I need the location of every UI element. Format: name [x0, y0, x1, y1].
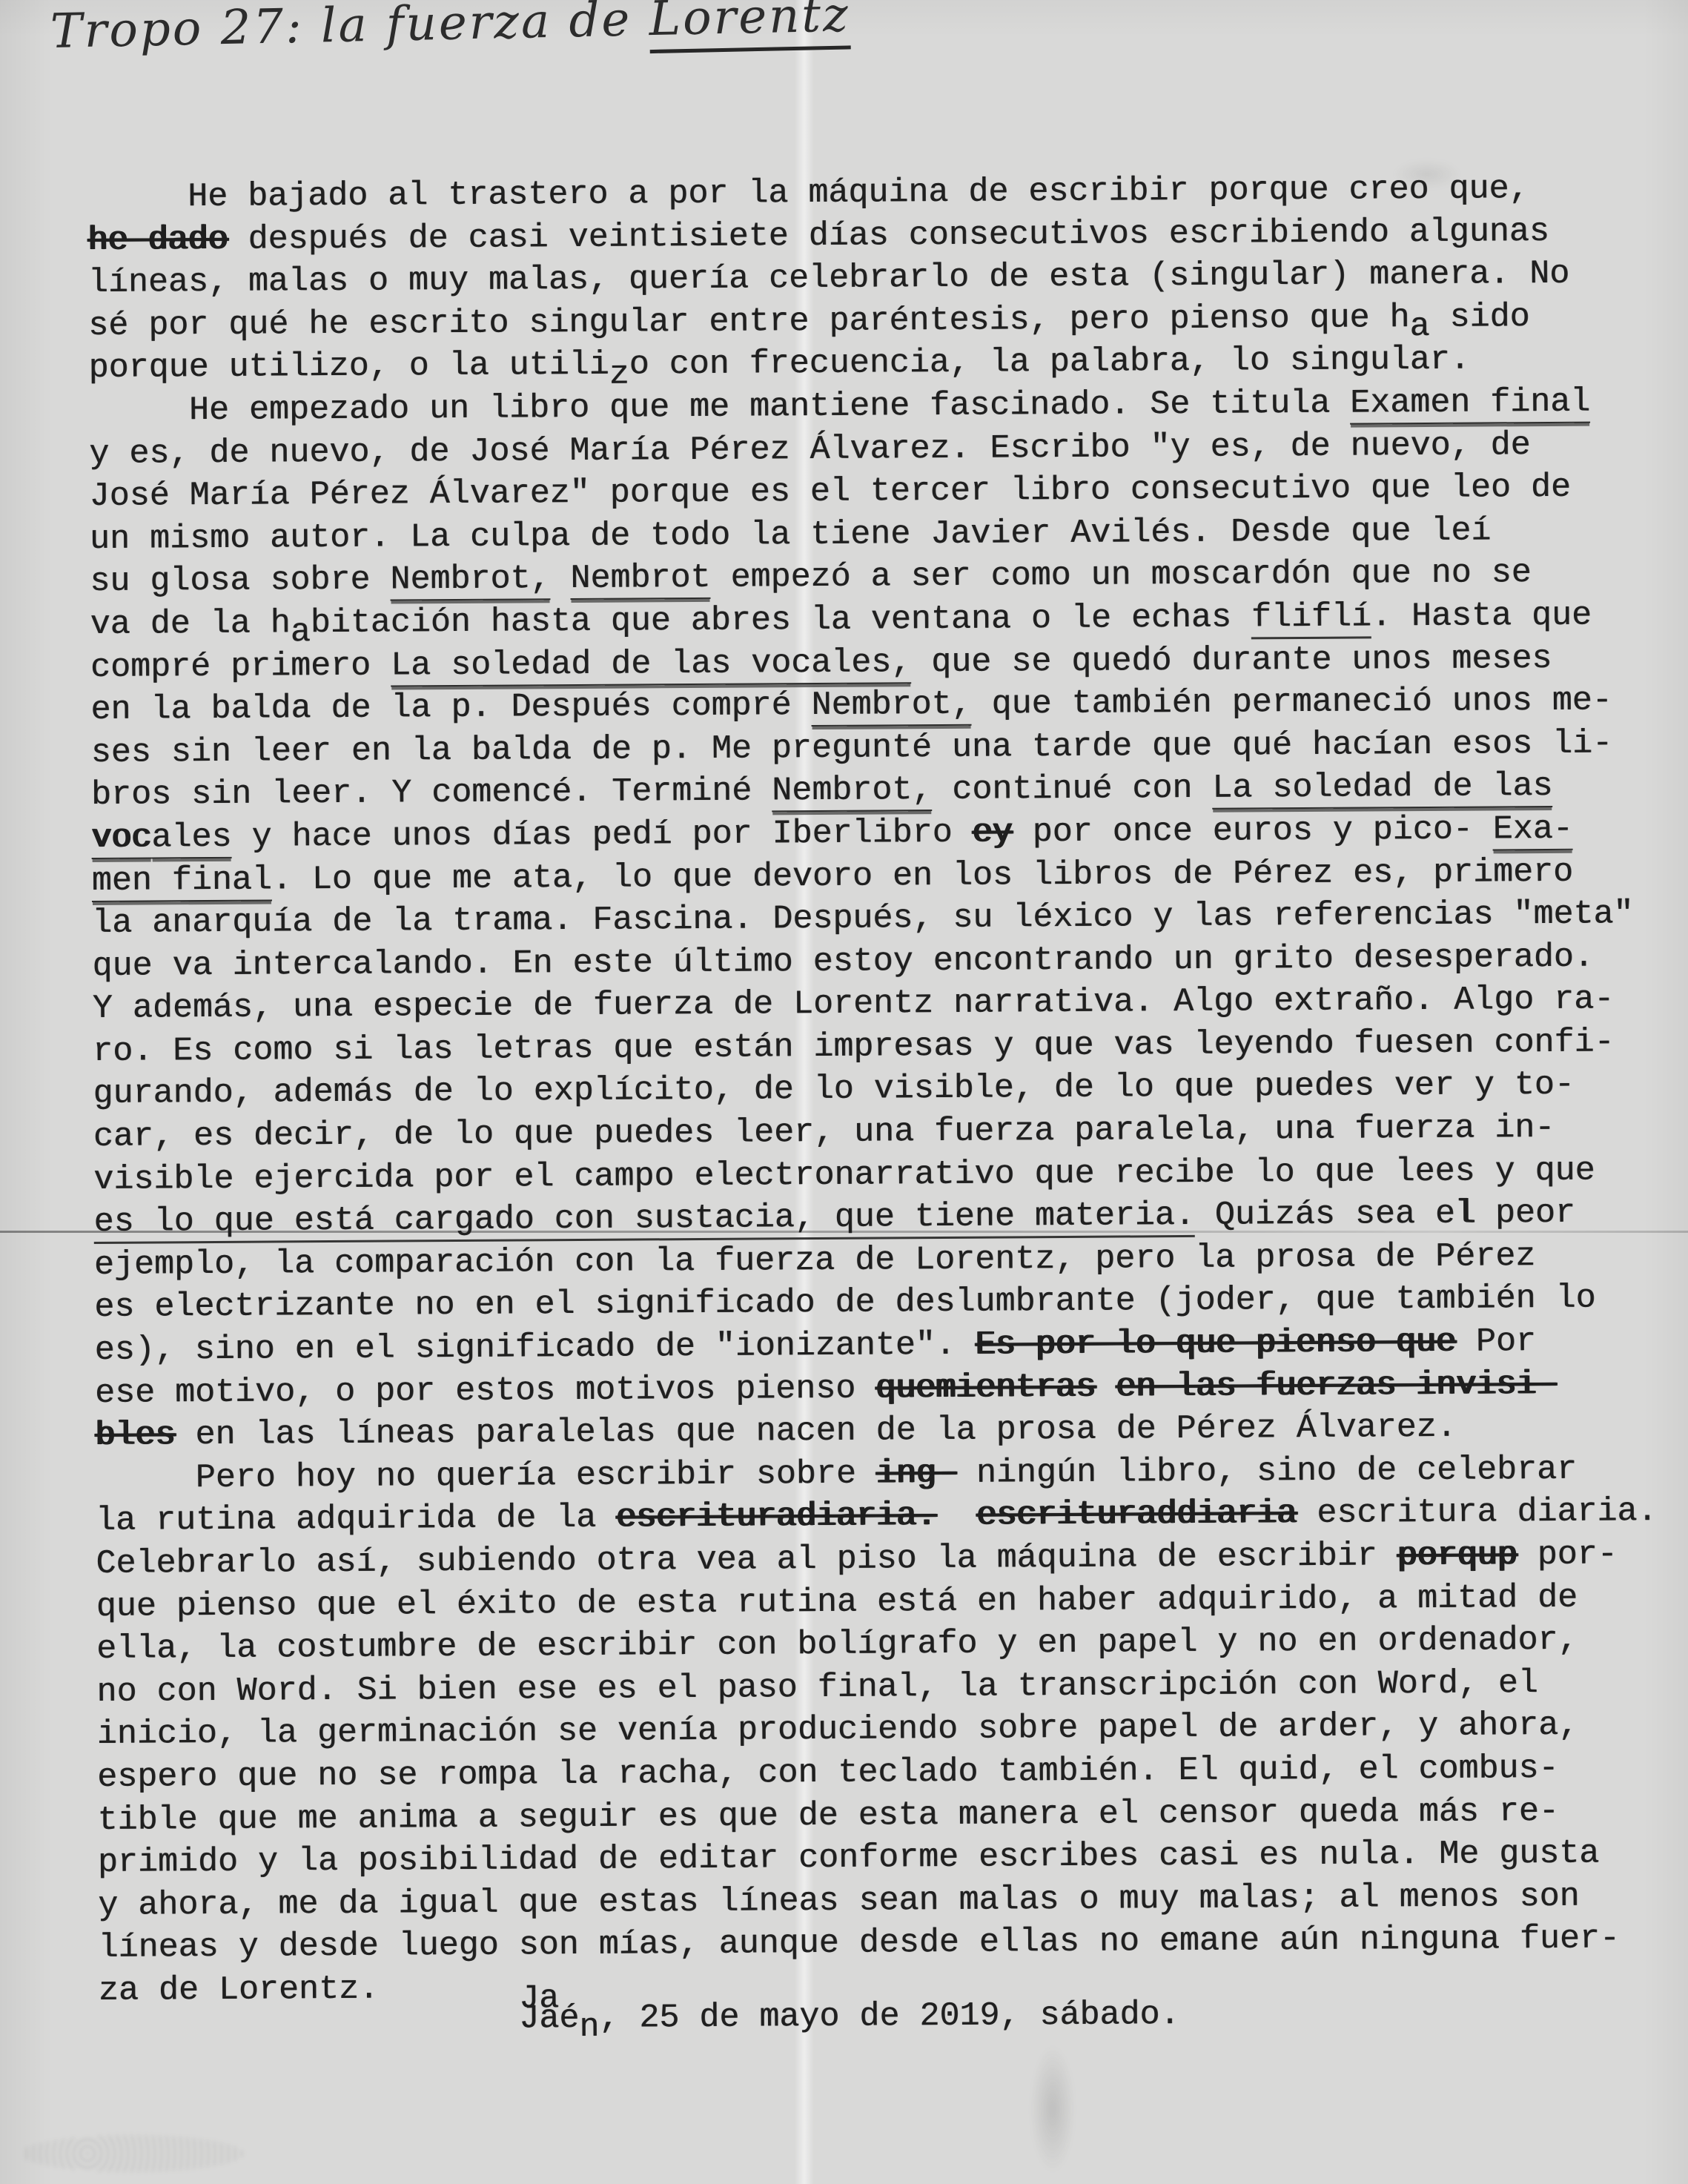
text-segment: es lo que está cargado con sustacia, que… [93, 1197, 1195, 1244]
text-segment: a [1409, 308, 1429, 345]
text-segment: después de casi veintisiete días consecu… [228, 213, 1549, 259]
text-segment: car, es decir, de lo que puedes leer, un… [93, 1109, 1555, 1156]
text-segment: escrituradiaria. [616, 1497, 936, 1537]
text-segment: Nembrot [570, 559, 710, 600]
text-segment: , 25 de mayo de 2019, sábado. [599, 1996, 1179, 2037]
text-segment: José María Pérez Álvarez" porque es el t… [89, 469, 1571, 515]
text-segment: gurando, además de lo explícito, de lo v… [93, 1066, 1575, 1113]
text-segment: va de la h [90, 604, 291, 643]
handwritten-title: Tropo 27: la fuerza de Lorentz [50, 0, 850, 59]
text-segment: y es, de nuevo, de José María Pérez Álva… [89, 426, 1531, 473]
text-segment: a [291, 613, 311, 651]
text-segment: Examen final [1350, 383, 1590, 425]
document-body: He bajado al trastero a por la máquina d… [87, 167, 1663, 2042]
text-segment: es), sino en el significado de "ionizant… [95, 1326, 976, 1369]
text-segment [550, 560, 570, 598]
text-segment: Nembrot, [772, 771, 932, 812]
scanned-letter-page: { "colors": { "paper": "#d9d9d8", "ink":… [0, 0, 1688, 2184]
text-segment: peor [1475, 1194, 1575, 1233]
text-segment: y hace unos días pedí por Iberlibro [231, 814, 972, 856]
text-segment: ro. Es como si las letras que están impr… [93, 1023, 1615, 1071]
text-segment: . Lo que me ata, lo que devoro en los li… [272, 853, 1574, 899]
text-segment: Exa- [1493, 810, 1573, 851]
text-segment: primido y la posibilidad de editar confo… [98, 1835, 1600, 1882]
text-segment: espero que no se rompa la racha, con tec… [97, 1750, 1559, 1796]
handwritten-title-underlined-word: Lorentz [649, 0, 851, 53]
text-segment [1096, 1368, 1116, 1406]
text-segment: por once euros y pico- [1013, 810, 1493, 851]
text-segment: es electrizante no en el significado de … [94, 1280, 1596, 1326]
text-segment [99, 1999, 519, 2039]
text-segment: ales [151, 818, 231, 859]
text-segment: visible ejercida por el campo electronar… [93, 1151, 1595, 1198]
text-segment: He empezado un libro que me mantiene fas… [89, 385, 1351, 430]
text-line: sé por qué he escrito singular entre par… [88, 295, 1652, 347]
text-segment: ningún libro, sino de celebrar [956, 1451, 1577, 1492]
text-segment: en las líneas paralelas que nacen de la … [175, 1409, 1457, 1455]
text-segment: que va intercalando. En este último esto… [92, 938, 1594, 985]
text-segment: ejemplo, la comparación con la fuerza de… [94, 1237, 1536, 1284]
text-segment: he dado [87, 220, 228, 259]
text-segment: Nembrot, [390, 560, 550, 601]
text-segment: . Hasta que [1371, 597, 1592, 636]
text-segment: ey [972, 813, 1012, 851]
text-segment: no con Word. Si bien ese es el paso fina… [96, 1664, 1538, 1711]
text-segment: Celebrarlo así, subiendo otra vea al pis… [96, 1537, 1397, 1583]
text-segment: que también permaneció unos me- [971, 682, 1612, 724]
text-segment: su glosa sobre [90, 561, 390, 600]
text-segment: escritura diaria. [1297, 1493, 1657, 1533]
text-segment: fliflí [1251, 598, 1371, 639]
text-segment: inicio, la germinación se venía producie… [97, 1707, 1579, 1753]
text-segment: sé por qué he escrito singular entre par… [88, 299, 1410, 345]
text-segment: porque utilizo, o la utili [88, 346, 609, 387]
text-segment: bros sin leer. Y comencé. Terminé [91, 772, 772, 815]
text-segment: z [609, 355, 629, 393]
text-segment: ses sin leer en la balda de p. Me pregun… [91, 724, 1613, 772]
text-segment: porqup [1397, 1536, 1517, 1575]
text-segment [936, 1497, 976, 1535]
text-segment: sido [1429, 298, 1529, 337]
text-segment: Nembrot, [811, 686, 971, 727]
text-segment: l [1455, 1195, 1475, 1233]
text-segment: Quizás sea e [1195, 1195, 1455, 1234]
text-segment: que se quedó durante unos meses [911, 639, 1552, 681]
text-segment: la anarquía de la trama. Fascina. Despué… [92, 895, 1634, 942]
text-segment: y ahora, me da igual que estas líneas se… [98, 1878, 1580, 1925]
text-segment: o con frecuencia, la palabra, lo singula… [629, 341, 1470, 384]
text-segment: Ja [519, 1979, 559, 2017]
text-segment: Pero hoy no quería escribir sobre [96, 1455, 876, 1497]
text-segment: Es por lo que pienso que [976, 1323, 1456, 1364]
text-segment: La soledad de las [1212, 767, 1552, 810]
text-segment: escrituraddiaria [976, 1495, 1297, 1535]
text-segment: ing- [876, 1455, 956, 1493]
text-segment: líneas y desde luego son mías, aunque de… [98, 1920, 1620, 1968]
text-segment: que pienso que el éxito de esta rutina e… [96, 1578, 1578, 1625]
text-segment: bles [95, 1417, 175, 1455]
text-segment: La soledad de las vocales, [391, 643, 911, 686]
text-segment: voc [91, 818, 151, 858]
text-segment: ella, la costumbre de escribir con bolíg… [96, 1621, 1578, 1668]
text-segment: empezó a ser como un moscardón que no se [710, 554, 1531, 597]
text-segment: compré primero [90, 646, 391, 686]
text-segment: n [579, 2008, 599, 2046]
text-segment: en la balda de la p. Después compré [90, 686, 811, 729]
text-segment: por- [1517, 1535, 1618, 1574]
text-segment: ese motivo, o por estos motivos pienso [95, 1369, 876, 1412]
text-segment: un mismo autor. La culpa de todo la tien… [90, 512, 1492, 558]
text-segment: He bajado al trastero a por la máquina d… [87, 170, 1529, 216]
text-segment: quemientras [876, 1368, 1096, 1407]
text-segment: continué con [932, 770, 1212, 809]
text-segment: tible que me anima a seguir es que de es… [97, 1792, 1559, 1839]
text-segment: la rutina adquirida de la [96, 1499, 616, 1540]
text-segment: en las fuerzas invisi- [1116, 1366, 1556, 1406]
text-segment: Y además, una especie de fuerza de Loren… [93, 981, 1615, 1028]
text-segment: líneas, malas o muy malas, quería celebr… [88, 255, 1570, 302]
text-segment: bitación hasta que abres la ventana o le… [311, 598, 1252, 642]
text-segment: men final [92, 861, 272, 901]
text-segment: Por [1456, 1323, 1536, 1361]
